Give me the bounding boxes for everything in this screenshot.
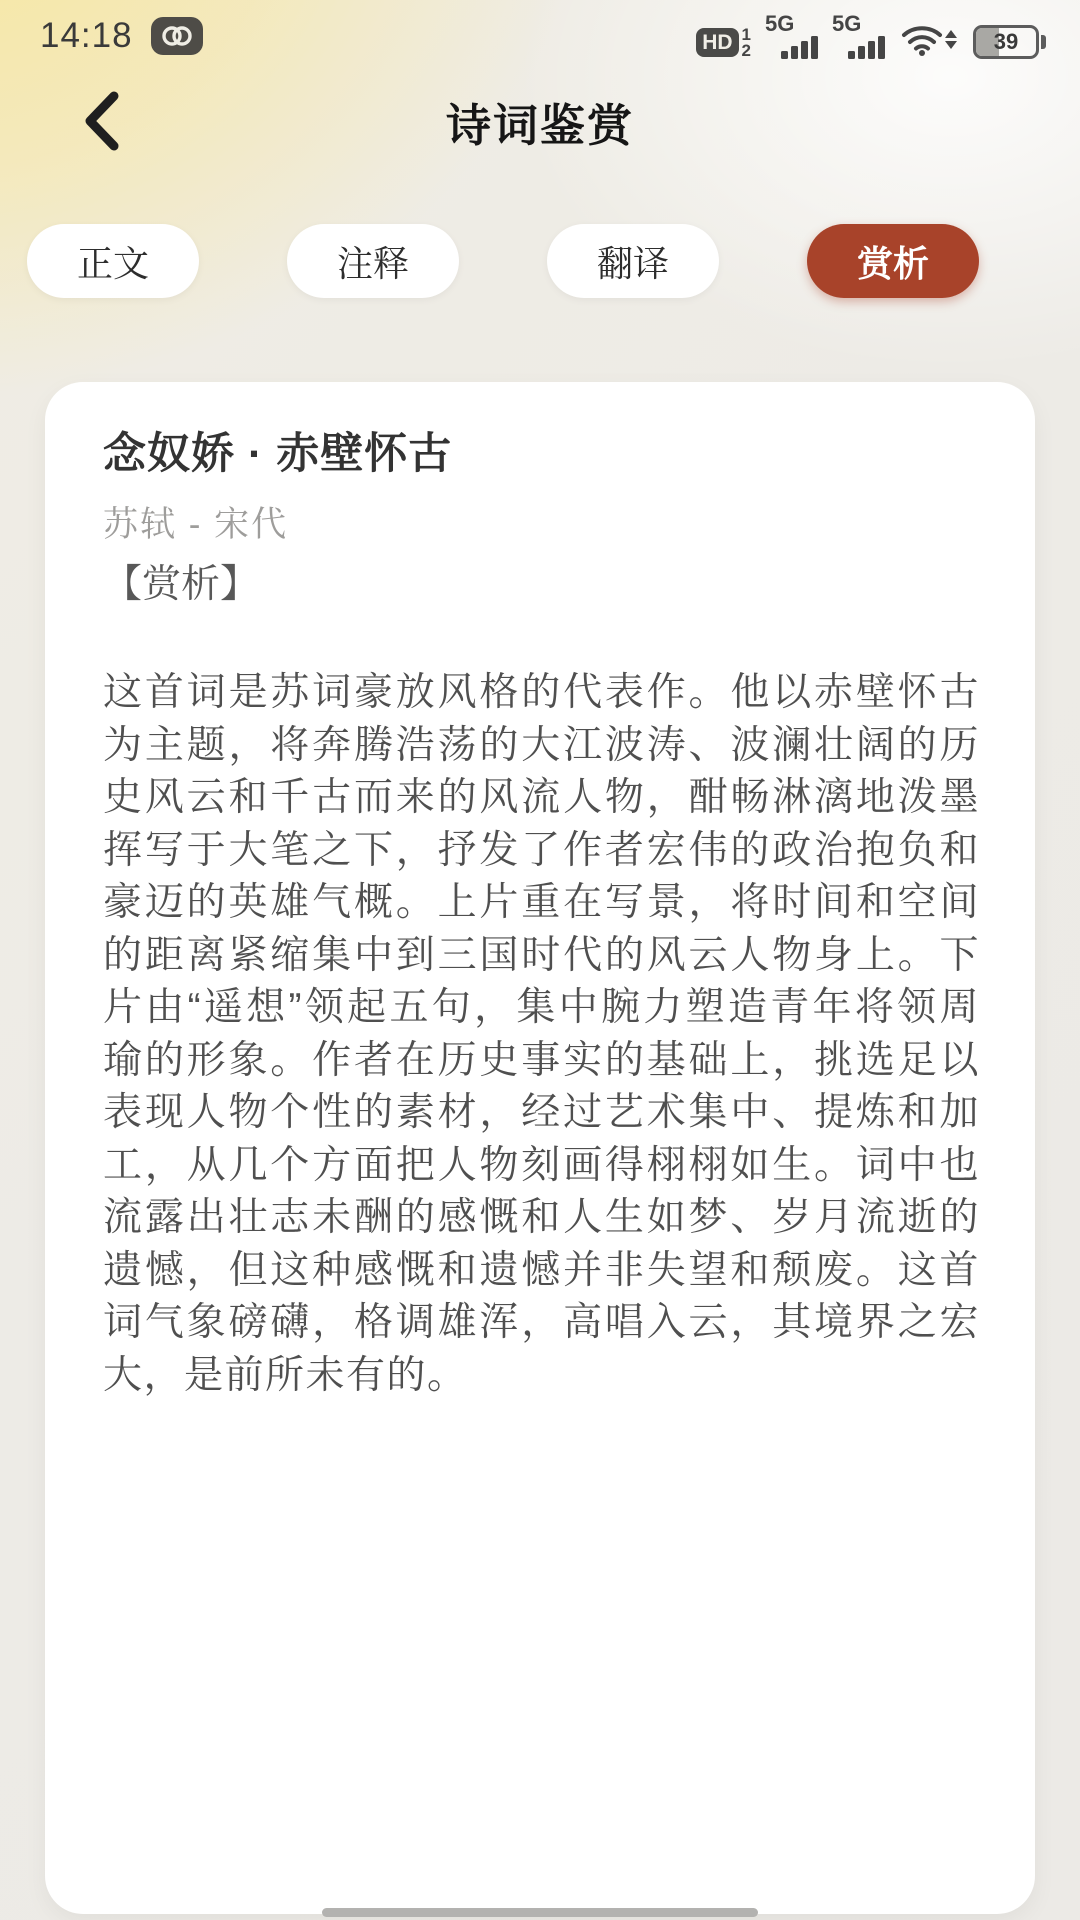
signal-sim2-icon: 5G [834,14,885,59]
clock: 14:18 [40,16,133,56]
screen: 14:18 HD 1 2 5G 5G [0,0,1080,1920]
wifi-icon [901,23,957,59]
poem-title: 念奴娇 · 赤壁怀古 [103,420,980,481]
poem-author: 苏轼 - 宋代 [103,497,980,547]
section-label: 【赏析】 [103,553,980,609]
chevron-left-icon [82,91,120,151]
sim2-label: 2 [742,43,751,59]
tab-bar: 正文 注释 翻译 赏析 [0,224,1080,298]
page-title: 诗词鉴赏 [446,89,634,154]
header: 诗词鉴赏 [0,62,1080,180]
appreciation-text: 这首词是苏词豪放风格的代表作。他以赤壁怀古为主题，将奔腾浩荡的大江波涛、波澜壮阔… [103,667,980,1402]
home-indicator[interactable] [322,1908,758,1917]
tab-translation[interactable]: 翻译 [547,224,719,298]
battery-icon: 39 [973,25,1046,59]
signal-sim1-icon: 5G [767,14,818,59]
appreciation-card: 念奴娇 · 赤壁怀古 苏轼 - 宋代 【赏析】 这首词是苏词豪放风格的代表作。他… [45,382,1035,1914]
tab-main-text[interactable]: 正文 [27,224,199,298]
battery-percent: 39 [994,29,1018,55]
back-button[interactable] [66,81,136,161]
status-bar: 14:18 HD 1 2 5G 5G [0,0,1080,62]
eye-comfort-icon [151,17,203,55]
volte-hd-icon: HD 1 2 [696,27,751,59]
wifi-activity-arrows-icon [945,30,957,49]
tab-annotations[interactable]: 注释 [287,224,459,298]
tab-appreciation[interactable]: 赏析 [807,224,979,298]
